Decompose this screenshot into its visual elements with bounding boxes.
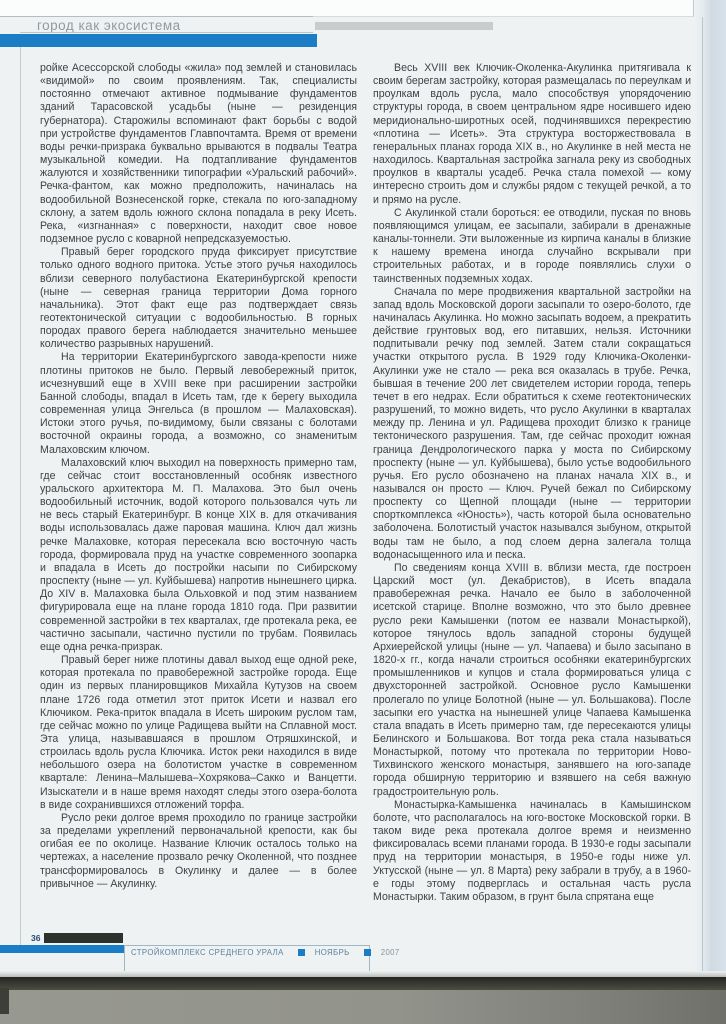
header-gray-bar bbox=[315, 22, 493, 30]
title-underline bbox=[20, 32, 313, 33]
issue-month: НОЯБРЬ bbox=[315, 948, 350, 957]
left-margin-rule bbox=[20, 47, 21, 945]
paragraph: Русло реки долгое время проходило по гра… bbox=[40, 812, 357, 891]
page-edge-line bbox=[702, 17, 703, 975]
page-right-edge bbox=[694, 0, 726, 977]
header-blue-bar bbox=[0, 34, 317, 47]
paragraph: Малаховский ключ выходил на поверхность … bbox=[40, 457, 357, 654]
paragraph: С Акулинкой стали бороться: ее отводили,… bbox=[373, 207, 691, 286]
top-margin bbox=[0, 0, 694, 17]
footer-blue-bar bbox=[0, 945, 124, 953]
journal-name: СТРОЙКОМПЛЕКС СРЕДНЕГО УРАЛА bbox=[131, 948, 284, 957]
square-separator-icon bbox=[298, 949, 305, 956]
footer-dark-bar bbox=[44, 933, 123, 943]
footer-content: СТРОЙКОМПЛЕКС СРЕДНЕГО УРАЛА НОЯБРЬ 2007 bbox=[125, 946, 369, 957]
header-rule bbox=[0, 16, 313, 17]
binding-shadow bbox=[0, 988, 9, 1014]
square-separator-icon bbox=[364, 949, 371, 956]
paragraph: Правый берег ниже плотины давал выход ещ… bbox=[40, 654, 357, 812]
article-left-column: ройке Асессорской слободы «жила» под зем… bbox=[40, 62, 357, 924]
paragraph: Правый берег городского пруда фиксирует … bbox=[40, 246, 357, 351]
page-edge-dark-band bbox=[0, 977, 726, 990]
page-number: 36 bbox=[31, 933, 40, 943]
background-surface bbox=[0, 990, 726, 1024]
article-right-column: Весь XVIII век Ключик-Околенка-Акулинка … bbox=[373, 62, 691, 924]
paragraph: ройке Асессорской слободы «жила» под зем… bbox=[40, 62, 357, 246]
paragraph: Сначала по мере продвижения квартальной … bbox=[373, 286, 691, 562]
section-title: город как экосистема bbox=[37, 18, 307, 33]
scanned-magazine-page: город как экосистема ройке Асессорской с… bbox=[0, 0, 726, 1024]
issue-year: 2007 bbox=[381, 948, 400, 957]
paragraph: Весь XVIII век Ключик-Околенка-Акулинка … bbox=[373, 62, 691, 207]
paragraph: По сведениям конца XVIII в. вблизи места… bbox=[373, 562, 691, 799]
paragraph: На территории Екатеринбургского завода-к… bbox=[40, 351, 357, 456]
paragraph: Монастырка-Камышенка начиналась в Камыши… bbox=[373, 799, 691, 904]
